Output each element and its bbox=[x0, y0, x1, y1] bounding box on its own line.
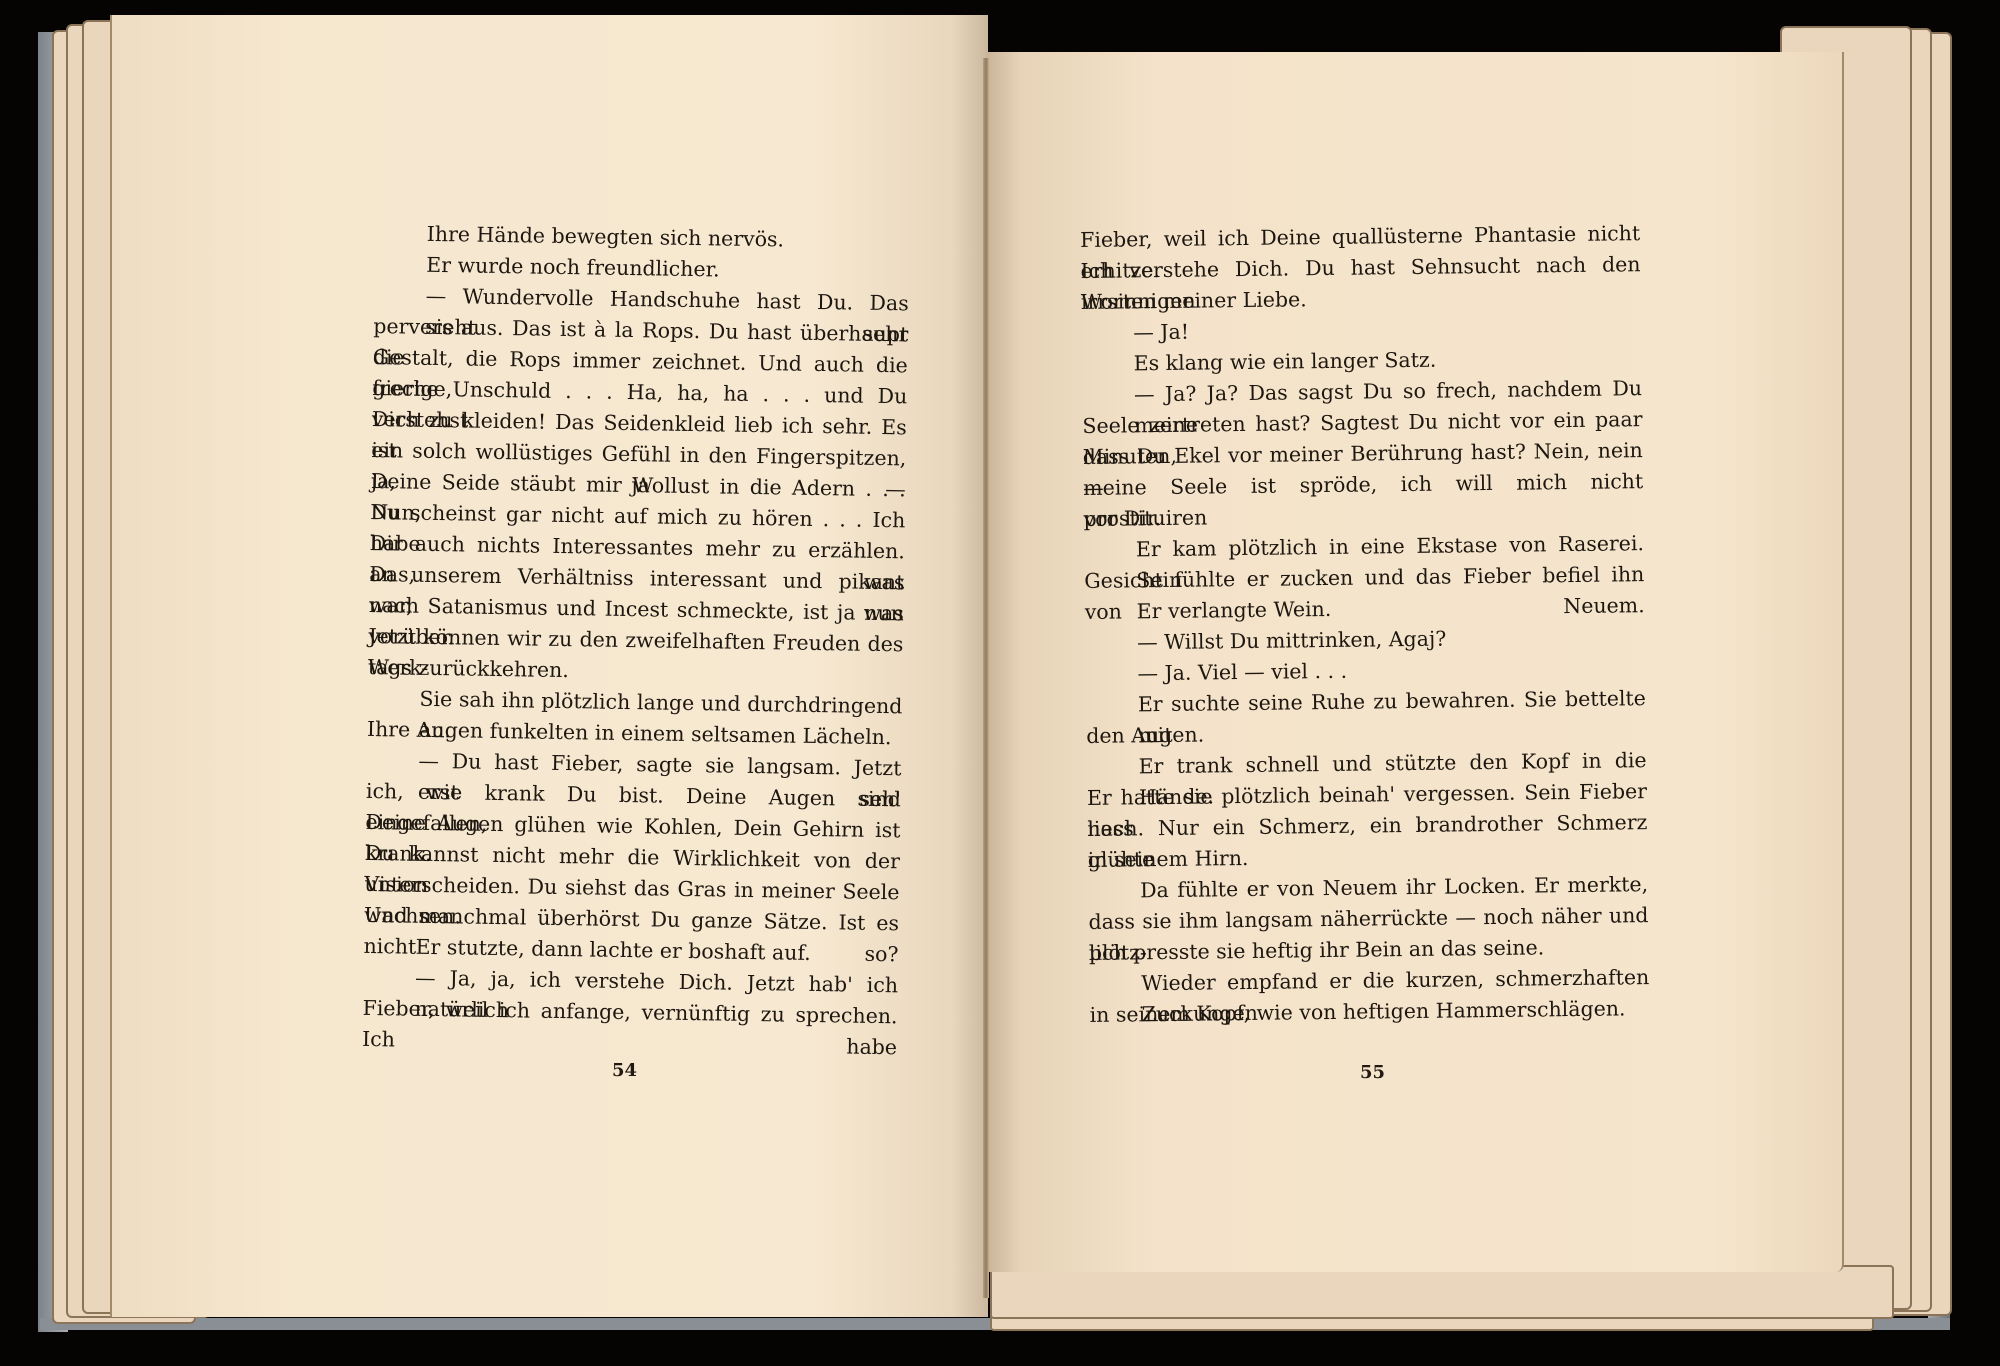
text-line: Gesicht fühlte er zucken und das Fieber … bbox=[1084, 559, 1644, 597]
left-page-text: Ihre Hände bewegten sich nervös.Er wurde… bbox=[362, 218, 910, 1032]
right-page-text: Fieber, weil ich Deine quallüsterne Phan… bbox=[1080, 218, 1650, 1031]
page-number-right: 55 bbox=[1360, 1062, 1385, 1083]
book-gutter bbox=[983, 58, 989, 1298]
page-stack-bottom bbox=[990, 1265, 1894, 1319]
page-number-left: 54 bbox=[612, 1060, 637, 1081]
